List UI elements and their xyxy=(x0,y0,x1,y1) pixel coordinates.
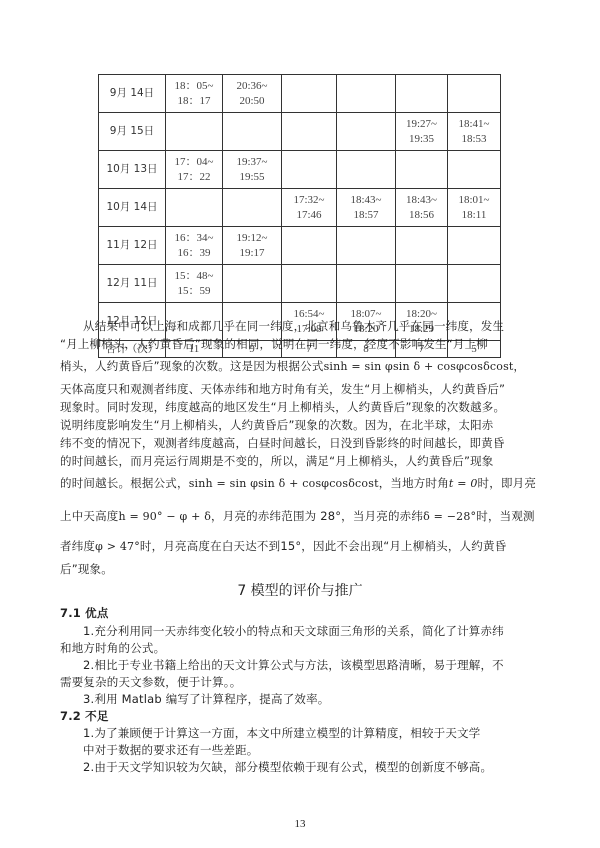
page-number: 13 xyxy=(0,818,600,830)
body-text-line: 后”现象。 xyxy=(60,561,113,577)
body-text-line: “月上柳梢头，人约黄昏后”现象的相同，说明在同一纬度，经度不影响发生“月上柳 xyxy=(60,336,488,352)
list-item: 中对于数据的要求还有一些差距。 xyxy=(83,742,259,758)
list-item: 需要复杂的天文参数，便于计算。。 xyxy=(60,674,241,690)
time-cell xyxy=(282,151,337,189)
time-cell xyxy=(337,113,396,151)
time-cell xyxy=(337,75,396,113)
list-item: 1.充分利用同一天赤纬变化较小的特点和天文球面三角形的关系，简化了计算赤纬 xyxy=(83,623,504,639)
table-row: 9月 15日 19:27~19:35 18:41~18:53 xyxy=(99,113,501,151)
date-cell: 10月 14日 xyxy=(99,189,166,227)
time-cell xyxy=(448,75,501,113)
formula: h = 90° − φ + δ xyxy=(119,510,212,523)
date-cell: 10月 13日 xyxy=(99,151,166,189)
time-cell xyxy=(448,151,501,189)
list-item: 3.利用 Matlab 编写了计算程序，提高了效率。 xyxy=(83,691,330,707)
date-cell: 11月 12日 xyxy=(99,227,166,265)
time-cell xyxy=(166,113,223,151)
body-text-line: 的时间越长，而月亮运行周期是不变的，所以，满足“月上柳梢头，人约黄昏后”现象 xyxy=(60,453,494,469)
time-cell xyxy=(396,227,448,265)
time-cell: 18:43~18:56 xyxy=(396,189,448,227)
time-cell xyxy=(396,75,448,113)
table-row: 9月 14日 18：05~18：17 20:36~20:50 xyxy=(99,75,501,113)
list-item: 2.相比于专业书籍上给出的天文计算公式与方法，该模型思路清晰，易于理解，不 xyxy=(83,657,504,673)
time-cell xyxy=(448,265,501,303)
time-cell xyxy=(337,265,396,303)
time-cell xyxy=(448,227,501,265)
time-cell: 20:36~20:50 xyxy=(223,75,282,113)
section-heading: 7 模型的评价与推广 xyxy=(0,580,600,600)
formula: φ > 47° xyxy=(95,540,140,553)
list-item: 1.为了兼顾便于计算这一方面，本文中所建立模型的计算精度，相较于天文学 xyxy=(83,725,480,741)
time-cell: 18:41~18:53 xyxy=(448,113,501,151)
time-cell xyxy=(282,75,337,113)
date-cell: 9月 14日 xyxy=(99,75,166,113)
formula: sinh = sin φsin δ + cosφcosδcost， xyxy=(324,360,525,373)
time-cell: 18：05~18：17 xyxy=(166,75,223,113)
body-text-line: 者纬度φ > 47°时，月亮高度在白天达不到15°，因此不会出现“月上柳梢头，人… xyxy=(60,538,506,554)
time-cell xyxy=(223,113,282,151)
time-cell xyxy=(282,113,337,151)
body-text-line: 的时间越长。根据公式，sinh = sin φsin δ + cosφcosδc… xyxy=(60,475,536,491)
date-cell: 12月 11日 xyxy=(99,265,166,303)
subsection-heading: 7.2 不足 xyxy=(60,708,109,724)
body-text-line: 说明纬度影响发生“月上柳梢头，人约黄昏后”现象的次数。因为，在北半球，太阳赤 xyxy=(60,417,494,433)
body-text-line: 现象时。同时发现，纬度越高的地区发生“月上柳梢头，人约黄昏后”现象的次数越多。 xyxy=(60,399,505,415)
table-row: 12月 11日 15：48~15：59 xyxy=(99,265,501,303)
table-row: 10月 14日 17:32~17:46 18:43~18:57 18:43~18… xyxy=(99,189,501,227)
time-cell xyxy=(396,265,448,303)
formula: t = 0 xyxy=(449,477,478,490)
subsection-heading: 7.1 优点 xyxy=(60,605,109,621)
time-cell: 19:12~19:17 xyxy=(223,227,282,265)
time-cell: 16：34~16：39 xyxy=(166,227,223,265)
time-cell xyxy=(223,265,282,303)
list-item: 和地方时角的公式。 xyxy=(60,640,165,656)
time-cell xyxy=(282,227,337,265)
time-cell xyxy=(337,227,396,265)
body-text-line: 天体高度只和观测者纬度、天体赤纬和地方时角有关，发生“月上柳梢头，人约黄昏后” xyxy=(60,381,505,397)
time-cell: 18:01~18:11 xyxy=(448,189,501,227)
observation-table: 9月 14日 18：05~18：17 20:36~20:50 9月 15日 19… xyxy=(98,74,501,358)
date-cell: 9月 15日 xyxy=(99,113,166,151)
time-cell: 18:43~18:57 xyxy=(337,189,396,227)
table-row: 10月 13日 17：04~17：22 19:37~19:55 xyxy=(99,151,501,189)
time-cell: 15：48~15：59 xyxy=(166,265,223,303)
formula: sinh = sin φsin δ + cosφcosδcost xyxy=(189,477,379,490)
list-item: 2.由于天文学知识较为欠缺，部分模型依赖于现有公式，模型的创新度不够高。 xyxy=(83,759,492,775)
time-cell xyxy=(223,189,282,227)
time-cell: 17：04~17：22 xyxy=(166,151,223,189)
body-text-line: 纬不变的情况下，观测者纬度越高，白昼时间越长，日没到昏影终的时间越长，即黄昏 xyxy=(60,435,505,451)
time-cell xyxy=(396,151,448,189)
body-text-line: 上中天高度h = 90° − φ + δ，月亮的赤纬范围为 28°，当月亮的赤纬… xyxy=(60,508,535,524)
document-page: 9月 14日 18：05~18：17 20:36~20:50 9月 15日 19… xyxy=(0,0,600,848)
body-text-line: 梢头，人约黄昏后”现象的次数。这是因为根据公式sinh = sin φsin δ… xyxy=(60,358,525,374)
time-cell xyxy=(337,151,396,189)
time-cell xyxy=(282,265,337,303)
time-cell: 19:27~19:35 xyxy=(396,113,448,151)
body-text-line: 从结果中可以上海和成都几乎在同一纬度，北京和乌鲁木齐几乎在同一纬度，发生 xyxy=(83,318,504,334)
formula: δ = −28° xyxy=(423,510,476,523)
time-cell xyxy=(166,189,223,227)
table-row: 11月 12日 16：34~16：39 19:12~19:17 xyxy=(99,227,501,265)
time-cell: 19:37~19:55 xyxy=(223,151,282,189)
time-cell: 17:32~17:46 xyxy=(282,189,337,227)
